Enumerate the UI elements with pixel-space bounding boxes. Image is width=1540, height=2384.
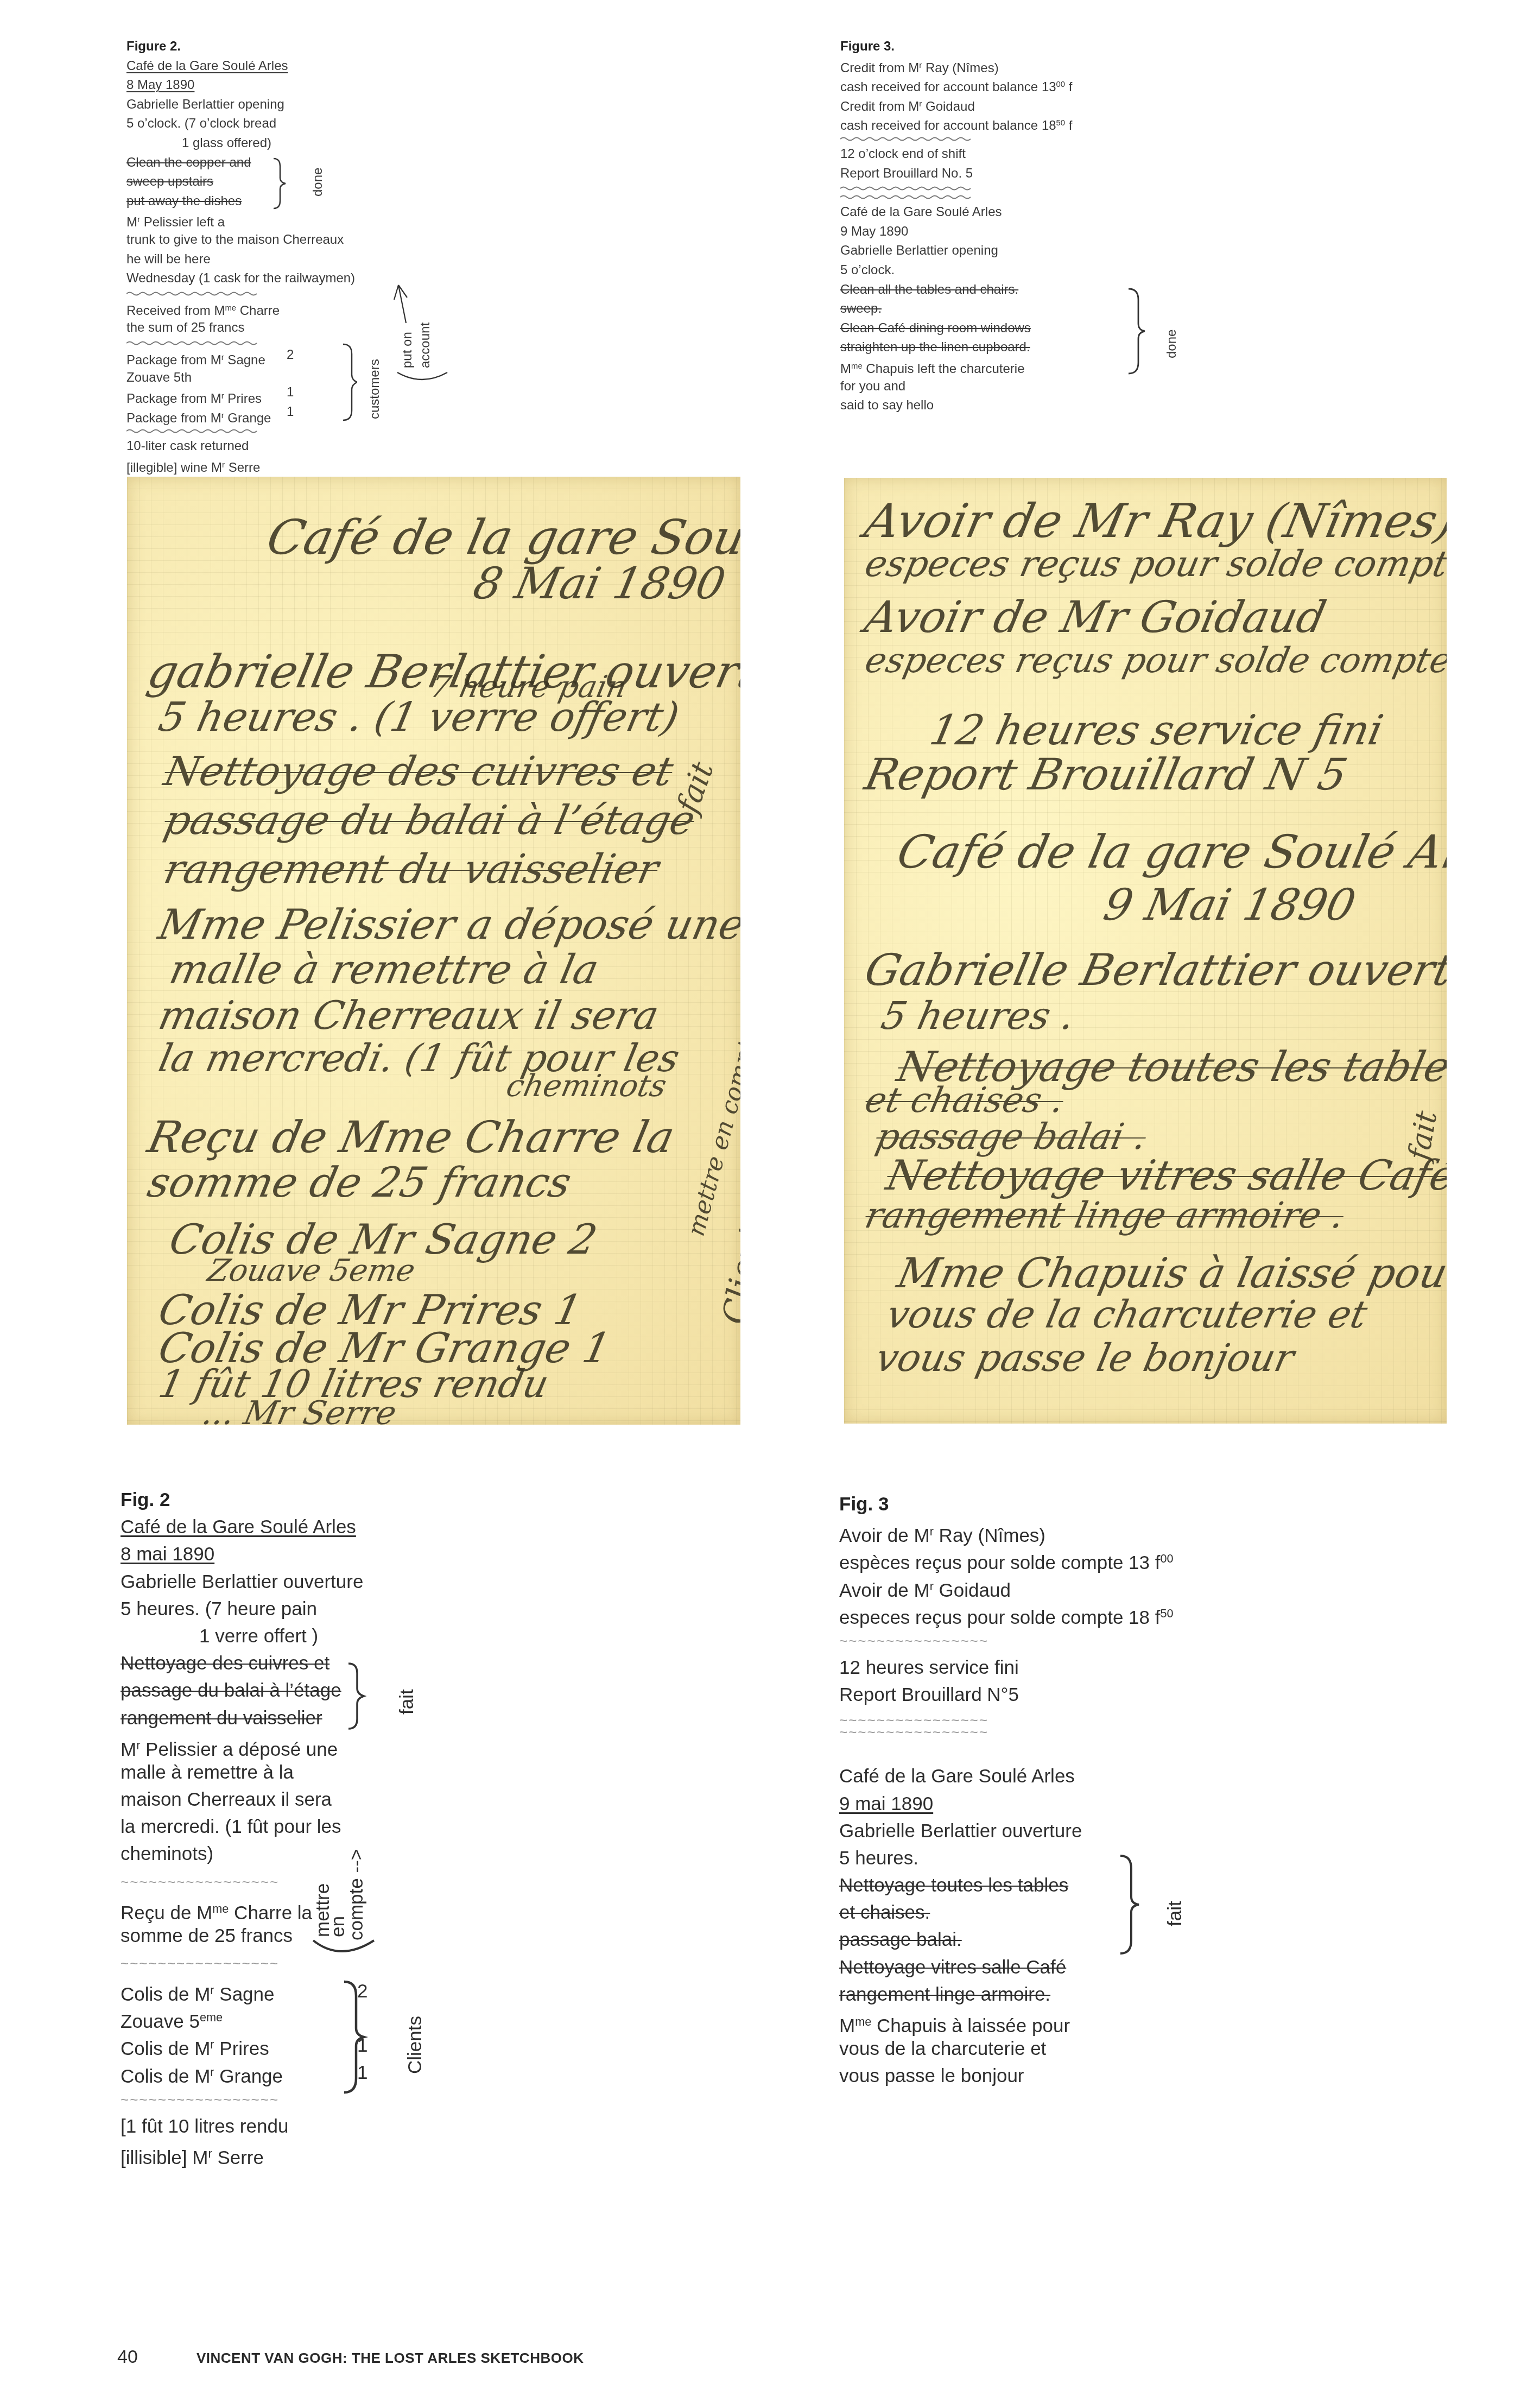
text-line: Reçu de Mme Charre la [121, 1895, 446, 1923]
text-line: cash received for account balance 1850 f [840, 114, 1166, 134]
text-line: Report Brouillard N°5 [839, 1681, 1187, 1709]
text-line: [illegible] wine Mr Serre [126, 456, 430, 476]
text-line: Café de la Gare Soulé Arles [839, 1763, 1187, 1790]
wavy-separator [840, 192, 976, 203]
text-line: Zouave 5eme [121, 2004, 446, 2031]
handwriting-line: especes reçus pour solde compte 13f [861, 543, 1447, 585]
text-line: Credit from Mr Ray (Nîmes) [840, 56, 1166, 76]
handwriting-line: malle à remettre à la [166, 946, 603, 993]
text-line: vous de la charcuterie et [839, 2035, 1187, 2063]
text-line: la mercredi. (1 fût pour les [121, 1813, 446, 1841]
text-line: cheminots) [121, 1841, 446, 1868]
text-line: especes reçus pour solde compte 18 f50 [839, 1600, 1187, 1627]
handwriting-line: Café de la gare Soulé Arles [893, 825, 1447, 878]
wavy-separator [840, 183, 976, 192]
text-line: maison Cherreaux il sera [121, 1786, 446, 1813]
text-line: Gabrielle Berlattier ouverture [121, 1569, 446, 1596]
brace-icon [346, 1661, 368, 1732]
text-line: 1 glass offered) [126, 134, 430, 153]
handwriting-line: rangement du vaisselier [160, 846, 663, 893]
text-line: somme de 25 francs [121, 1923, 446, 1950]
handwriting-line: 7 heure pain [427, 669, 630, 705]
done-annotation: done [308, 168, 328, 197]
text-line: Received from Mme Charre [126, 299, 430, 319]
handwriting-line: Reçu de Mme Charre la [143, 1112, 679, 1162]
text-line: he will be here [126, 250, 430, 269]
handwriting-line: Café de la gare Soulé Arles [262, 509, 740, 565]
handwriting-line: somme de 25 francs [144, 1158, 576, 1206]
handwriting-line: 8 Mai 1890 [469, 558, 730, 609]
put-on-annotation: put on [398, 332, 417, 368]
text-line: Colis de Mr Grange [121, 2059, 446, 2086]
text-line: Colis de Mr Sagne [121, 1977, 446, 2004]
text-line: Café de la Gare Soulé Arles [840, 203, 1166, 222]
text-line: Avoir de Mr Goidaud [839, 1573, 1187, 1600]
done-annotation: done [1162, 330, 1182, 358]
count-sagne: 2 [287, 345, 294, 365]
brace-icon [1118, 1854, 1145, 1957]
text-line: Package from Mr Prires [126, 387, 430, 407]
tilde-separator: ~~~~~~~~~~~~~~~~~ [121, 1950, 446, 1977]
amount-cents: 00 [1056, 80, 1066, 89]
handwriting-line: Gabrielle Berlattier ouverture [860, 945, 1447, 995]
wavy-separator [126, 426, 262, 437]
text-line: [1 fût 10 litres rendu [121, 2113, 446, 2140]
page-number: 40 [117, 2347, 138, 2368]
fig3-title: Fig. 3 [839, 1491, 1187, 1518]
text-line: trunk to give to the maison Cherreaux [126, 230, 430, 250]
text-line: especes reçus pour solde compte 18 f [839, 1607, 1160, 1628]
figure2-french-transcription: Fig. 2 Café de la Gare Soulé Arles 8 mai… [121, 1487, 446, 2167]
struck-task: Nettoyage des cuivres et [121, 1650, 446, 1677]
text-line: 10-liter cask returned [126, 437, 430, 456]
tilde-separator: ~~~~~~~~~~~~~~~~~ [121, 2086, 446, 2113]
text-line: Gabrielle Berlattier opening [126, 95, 430, 115]
text-line: said to say hello [840, 396, 1166, 415]
struck-task: sweep. [840, 299, 1166, 319]
fait-annotation: fait [1162, 1901, 1189, 1926]
manuscript-image-fig3: Avoir de Mr Ray (Nîmes) especes reçus po… [844, 478, 1447, 1424]
handwriting-line: Nettoyage vitres salle Café [883, 1151, 1447, 1199]
text-line: for you and [840, 377, 1166, 396]
handwriting-line: Report Brouillard N 5 [860, 749, 1352, 800]
figure3-french-transcription: Fig. 3 Avoir de Mr Ray (Nîmes) espèces r… [839, 1491, 1187, 2090]
text-line: 5 o’clock. [840, 261, 1166, 280]
amount-cents: 50 [1160, 1607, 1173, 1620]
handwriting-line: 9 Mai 1890 [1099, 880, 1360, 930]
currency: f [1069, 119, 1073, 134]
currency: f [1069, 80, 1073, 94]
text-line: 5 o’clock. (7 o’clock bread [126, 114, 430, 134]
text-line: Credit from Mr Goidaud [840, 95, 1166, 115]
text-line: Mme Chapuis left the charcuterie [840, 357, 1166, 377]
handwriting-line: Avoir de Mr Goidaud [860, 592, 1330, 642]
arrow-up-icon [391, 282, 423, 326]
compte-annotation: compte --> [346, 1849, 367, 1940]
text-line: 12 heures service fini [839, 1654, 1187, 1681]
struck-task: Clean Café dining room windows [840, 319, 1166, 338]
handwriting-line: Zouave 5eme [205, 1253, 418, 1288]
text-line: Mme Chapuis à laissée pour [839, 2008, 1187, 2035]
text-line: Wednesday (1 cask for the railwaymen) [126, 269, 430, 288]
handwriting-line: vous passe le bonjour [872, 1336, 1298, 1380]
fait-annotation: fait [394, 1689, 421, 1715]
brace-icon [342, 1980, 369, 2099]
text-line: 5 heures. (7 heure pain [121, 1596, 446, 1623]
text-line: the sum of 25 francs [126, 318, 430, 338]
text-line: cash received for account balance 18 [840, 119, 1056, 134]
figure3-title: Figure 3. [840, 37, 1166, 56]
en-annotation: en [328, 1916, 348, 1937]
text-line: cash received for account balance 1300 f [840, 75, 1166, 95]
clients-annotation: Clients [402, 2016, 429, 2074]
brace-icon [271, 156, 288, 211]
handwriting-line: 5 heures . [877, 994, 1079, 1038]
struck-task: Clean all the tables and chairs. [840, 280, 1166, 300]
brace-icon [341, 342, 357, 423]
handwriting-line: passage du balai à l’étage [160, 797, 699, 844]
text-line: 9 May 1890 [840, 222, 1166, 242]
text-line: 12 o’clock end of shift [840, 144, 1166, 164]
count-grange: 1 [287, 402, 294, 422]
handwriting-line: Mme Chapuis à laissé pour [893, 1249, 1447, 1297]
fig2-title: Fig. 2 [121, 1487, 446, 1514]
tilde-separator: ~~~~~~~~~~~~~~~~ [839, 1627, 1187, 1654]
text-line: cash received for account balance 13 [840, 80, 1056, 94]
handwriting-line: Mme Pelissier a déposé une [155, 900, 740, 948]
struck-task: rangement linge armoire. [839, 1981, 1187, 2008]
struck-task: straighten up the linen cupboard. [840, 338, 1166, 357]
amount-cents: 50 [1056, 119, 1066, 128]
handwriting-note: Clients [715, 1206, 740, 1327]
text-line: espèces reçus pour solde compte 13 f [839, 1552, 1160, 1573]
brace-icon [1126, 287, 1148, 379]
text-line: Colis de Mr Prires [121, 2031, 446, 2058]
tilde-separator: ~~~~~~~~~~~~~~~~~ [121, 1868, 446, 1895]
handwriting-line: maison Cherreaux il sera [155, 992, 663, 1038]
fig2-date: 8 mai 1890 [121, 1541, 446, 1568]
wavy-separator [840, 134, 976, 144]
handwriting-line: 12 heures service fini [926, 706, 1387, 754]
handwriting-line: et chaises . [861, 1080, 1068, 1121]
handwriting-line: especes reçus pour solde compte 18f50 [861, 641, 1447, 681]
tilde-separator: ~~~~~~~~~~~~~~~~ [839, 1726, 1187, 1738]
bracket-icon [312, 1938, 377, 1960]
running-footer-title: VINCENT VAN GOGH: THE LOST ARLES SKETCHB… [197, 2350, 584, 2367]
handwriting-line: cheminots [503, 1068, 669, 1104]
wavy-separator [126, 288, 262, 299]
handwriting-note: mettre en compte [682, 1023, 740, 1239]
fig2-place: Café de la Gare Soulé Arles [121, 1514, 446, 1541]
struck-task: Nettoyage vitres salle Café [839, 1954, 1187, 1981]
bracket-icon [396, 369, 451, 385]
text-line: Package from Mr Grange [126, 407, 430, 426]
figure2-english-transcription: Figure 2. Café de la Gare Soulé Arles 8 … [126, 37, 430, 475]
text-line: Package from Mr Sagne [126, 349, 430, 368]
figure2-date: 8 May 1890 [126, 75, 430, 95]
text-line: [illisible] Mr Serre [121, 2140, 446, 2167]
text-line: Gabrielle Berlattier opening [840, 241, 1166, 261]
figure2-place: Café de la Gare Soulé Arles [126, 56, 430, 76]
handwriting-line: Avoir de Mr Ray (Nîmes) [860, 494, 1447, 548]
count-prires: 1 [287, 383, 294, 402]
text-line: Mr Pelissier left a [126, 211, 430, 230]
handwriting-line: rangement linge armoire . [861, 1194, 1348, 1236]
handwriting-line: ... Mr Serre [199, 1394, 400, 1425]
account-annotation: account [416, 322, 435, 368]
text-line: 1 verre offert ) [121, 1623, 446, 1650]
text-line: Mr Pelissier a déposé une [121, 1732, 446, 1759]
text-line: vous passe le bonjour [839, 2063, 1187, 2090]
wavy-separator [126, 338, 262, 349]
manuscript-image-fig2: Café de la gare Soulé Arles 8 Mai 1890 g… [127, 477, 740, 1425]
fig3-date: 9 mai 1890 [839, 1791, 1187, 1818]
text-line: espèces reçus pour solde compte 13 f00 [839, 1545, 1187, 1572]
handwriting-line: vous de la charcuterie et [883, 1292, 1371, 1337]
figure2-title: Figure 2. [126, 37, 430, 56]
handwriting-line: Nettoyage des cuivres et [160, 748, 677, 795]
amount-cents: 00 [1160, 1552, 1173, 1565]
figure3-english-transcription: Figure 3. Credit from Mr Ray (Nîmes) cas… [840, 37, 1166, 415]
text-line: Gabrielle Berlattier ouverture [839, 1818, 1187, 1845]
text-line: Avoir de Mr Ray (Nîmes) [839, 1518, 1187, 1545]
customers-annotation: customers [365, 359, 385, 419]
text-line: Zouave 5th [126, 368, 430, 388]
text-line: Report Brouillard No. 5 [840, 164, 1166, 184]
text-line: malle à remettre à la [121, 1759, 446, 1786]
